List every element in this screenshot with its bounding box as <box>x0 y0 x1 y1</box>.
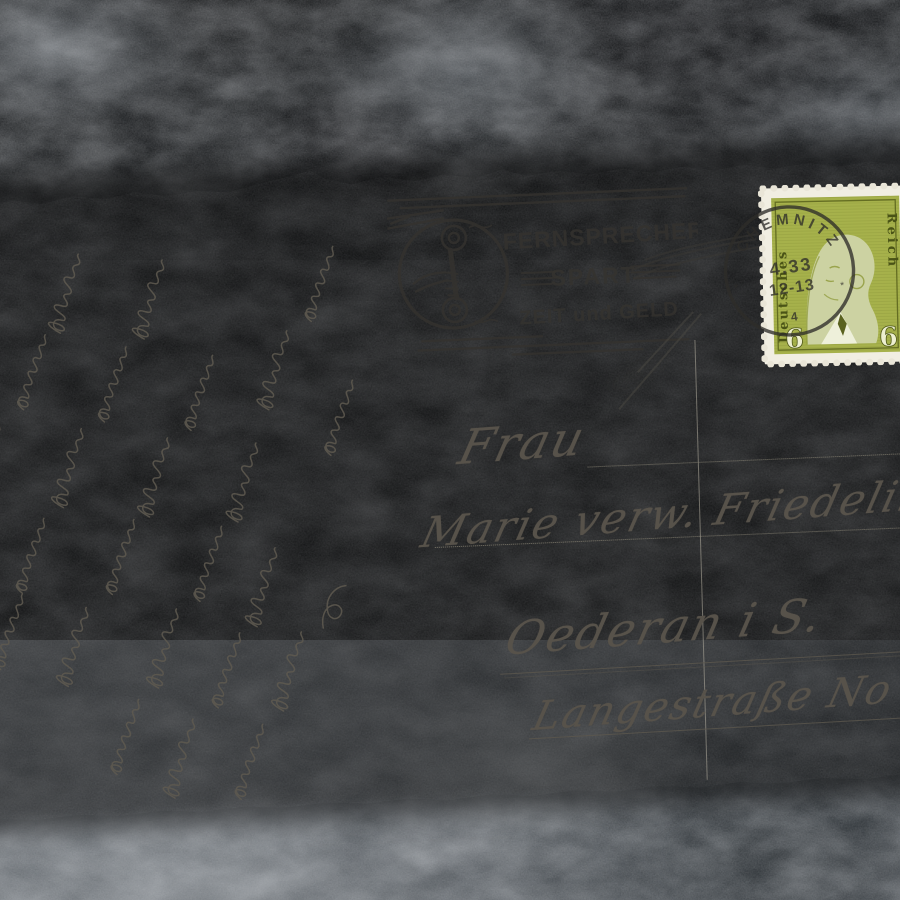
stamp-value-right: 6 <box>879 322 898 353</box>
svg-text:CHEMNITZ: CHEMNITZ <box>732 208 844 256</box>
postmark-date: 4.33 <box>768 254 814 280</box>
stamp-right-text: Reich <box>883 213 899 270</box>
pencil-scratch-line <box>605 307 720 422</box>
address-line-frau: Frau <box>453 410 592 476</box>
postmark-city: CHEMNITZ <box>732 208 844 256</box>
postmark-time: 12-13 <box>768 276 816 300</box>
postmark-star-left: * <box>734 283 738 294</box>
postmark-bottom-index: 4 <box>790 309 799 324</box>
postmark-star-right: * <box>840 281 844 292</box>
postcard: Frau Marie verw. Friedelin Oederan i S. … <box>0 129 900 832</box>
slogan-line-2: SPART <box>550 261 637 291</box>
postmark-chemnitz: CHEMNITZ 4.33 12-13 4 * * <box>714 195 866 347</box>
